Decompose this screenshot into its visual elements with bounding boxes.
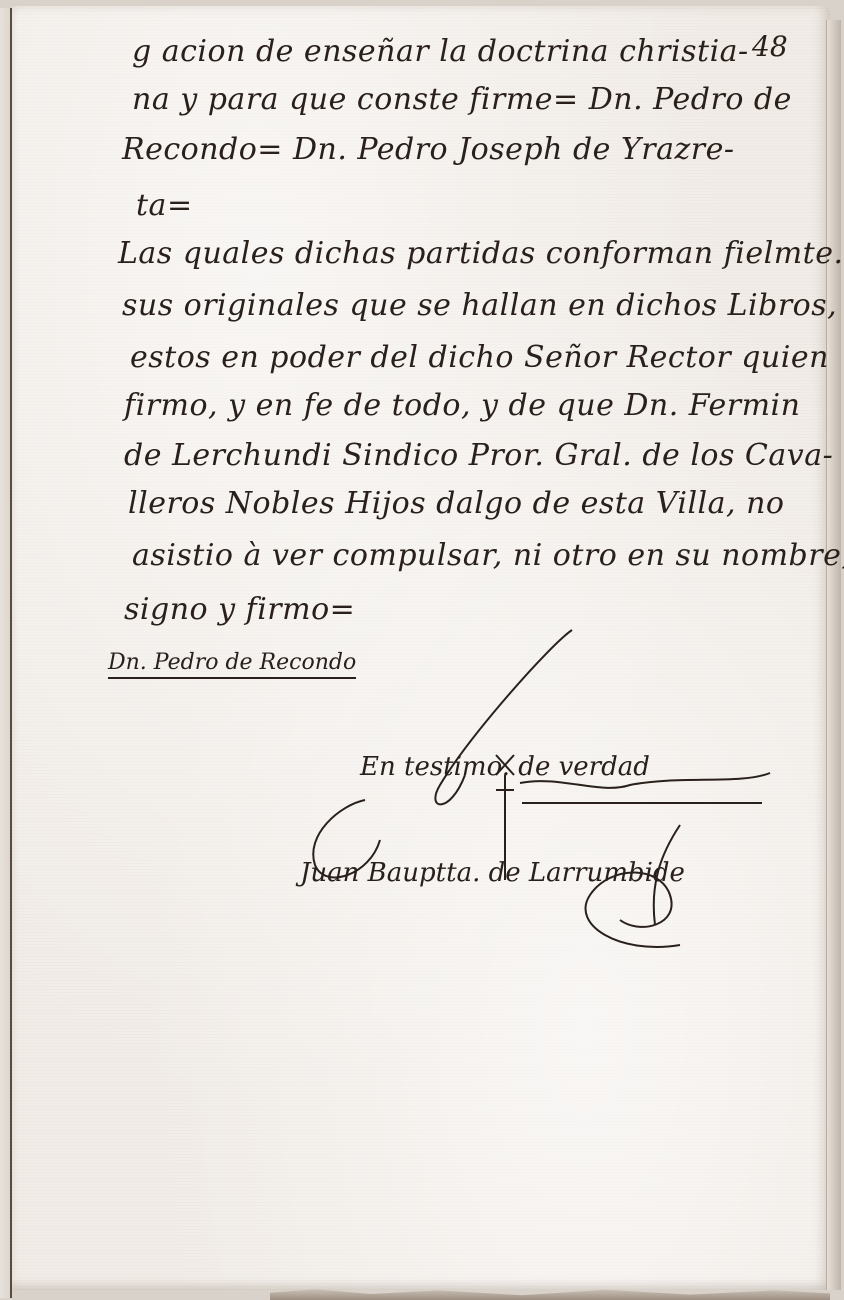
- folio-number: 48: [752, 30, 788, 63]
- notary-flourish-icon: [300, 625, 800, 975]
- manuscript-line-6: sus originales que se hallan en dichos L…: [122, 288, 844, 323]
- manuscript-line-2: na y para que conste firme= Dn. Pedro de: [132, 82, 792, 117]
- manuscript-line-4: ta=: [136, 188, 193, 223]
- manuscript-line-5: Las quales dichas partidas conforman fie…: [118, 236, 844, 271]
- manuscript-line-1: g acion de enseñar la doctrina christia-: [132, 34, 749, 69]
- page-right-edge: [826, 20, 841, 1290]
- manuscript-line-12: signo y firmo=: [124, 592, 355, 627]
- previous-page-edge: [0, 8, 12, 1298]
- notary-attestation: En testimo. de verdad: [360, 752, 650, 782]
- signature-notary-name: Juan Bauptta. de Larrumbide: [300, 858, 685, 888]
- manuscript-line-9: de Lerchundi Sindico Pror. Gral. de los …: [124, 438, 833, 473]
- manuscript-line-8: firmo, y en fe de todo, y de que Dn. Fer…: [124, 388, 800, 423]
- manuscript-line-10: lleros Nobles Hijos dalgo de esta Villa,…: [128, 486, 785, 521]
- manuscript-line-11: asistio à ver compulsar, ni otro en su n…: [132, 538, 844, 573]
- scan-background: 48 g acion de enseñar la doctrina christ…: [0, 0, 844, 1300]
- manuscript-line-7: estos en poder del dicho Señor Rector qu…: [130, 340, 829, 375]
- manuscript-line-3: Recondo= Dn. Pedro Joseph de Yrazre-: [122, 132, 735, 167]
